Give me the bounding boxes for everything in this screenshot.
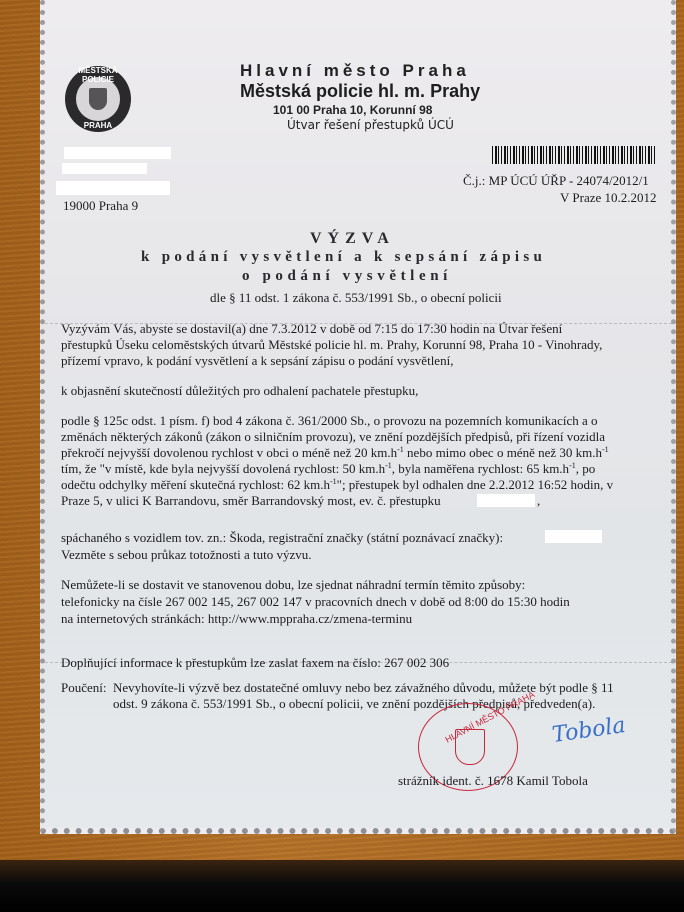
recipient-postal: 19000 Praha 9 bbox=[63, 198, 138, 214]
summons-line: přestupků Úseku celoměstských útvarů Měs… bbox=[61, 337, 602, 353]
offence-line: tím, že "v místě, kde byla nejvyšší dovo… bbox=[61, 461, 595, 477]
comma: , bbox=[537, 493, 540, 509]
notice-line: Nevyhovíte-li výzvě bez dostatečné omluv… bbox=[113, 680, 614, 696]
reschedule-line: Nemůžete-li se dostavit ve stanovenou do… bbox=[61, 577, 525, 593]
redacted-recipient-name bbox=[64, 147, 171, 159]
letterhead-address: 101 00 Praha 10, Korunní 98 bbox=[273, 103, 432, 117]
vehicle-line: spáchaného s vozidlem tov. zn.: Škoda, r… bbox=[61, 530, 503, 546]
bottom-shadow bbox=[0, 860, 684, 912]
stamp-crest-icon bbox=[455, 729, 485, 765]
offence-line: podle § 125c odst. 1 písm. f) bod 4 záko… bbox=[61, 413, 598, 429]
reschedule-phone-line: telefonicky na čísle 267 002 145, 267 00… bbox=[61, 594, 570, 610]
reschedule-web-link: na internetových stránkách: http://www.m… bbox=[61, 611, 412, 627]
redacted-license-plate bbox=[545, 530, 602, 543]
summons-line: přízemí vpravo, k podání vysvětlení a k … bbox=[61, 353, 453, 369]
offence-line: změnách některých zákonů (zákon o silnič… bbox=[61, 429, 605, 445]
redacted-recipient-street bbox=[62, 163, 147, 174]
legal-basis: dle § 11 odst. 1 zákona č. 553/1991 Sb.,… bbox=[210, 290, 502, 306]
purpose-line: k objasnění skutečností důležitých pro o… bbox=[61, 383, 418, 399]
summons-line: Vyzývám Vás, abyste se dostavil(a) dne 7… bbox=[61, 321, 562, 337]
notice-label: Poučení: bbox=[61, 680, 107, 696]
letterhead-organization: Městská policie hl. m. Prahy bbox=[240, 81, 480, 102]
barcode-icon bbox=[492, 146, 656, 164]
letterhead-department: Útvar řešení přestupků ÚCÚ bbox=[287, 118, 454, 132]
document-subtitle-1: k podání vysvětlení a k sepsání zápisu bbox=[141, 249, 546, 266]
bring-id-line: Vezměte s sebou průkaz totožnosti a tuto… bbox=[61, 547, 312, 563]
logo-text-top: MĚSTSKÁ POLICIE bbox=[65, 66, 131, 84]
document-subtitle-2: o podání vysvětlení bbox=[242, 268, 452, 285]
document-title: VÝZVA bbox=[310, 230, 395, 248]
officer-identification: strážník ident. č. 1678 Kamil Tobola bbox=[398, 773, 588, 789]
municipal-police-logo: MĚSTSKÁ POLICIE PRAHA bbox=[65, 66, 131, 132]
document-date: V Praze 10.2.2012 bbox=[560, 190, 657, 206]
redacted-recipient-line bbox=[56, 181, 170, 195]
redacted-offence-number bbox=[477, 494, 535, 507]
reference-number: Č.j.: MP ÚCÚ ÚŘP - 24074/2012/1 bbox=[463, 173, 649, 189]
offence-line: překročí nejvyšší dovolenou rychlost v o… bbox=[61, 445, 609, 461]
letterhead-city: Hlavní město Praha bbox=[240, 61, 470, 81]
offence-line: Praze 5, v ulici K Barrandovu, směr Barr… bbox=[61, 493, 441, 509]
offence-line: odečtu odchylky měření skutečná rychlost… bbox=[61, 477, 613, 493]
logo-text-bottom: PRAHA bbox=[65, 121, 131, 130]
fax-info: Doplňující informace k přestupkům lze za… bbox=[61, 655, 449, 671]
